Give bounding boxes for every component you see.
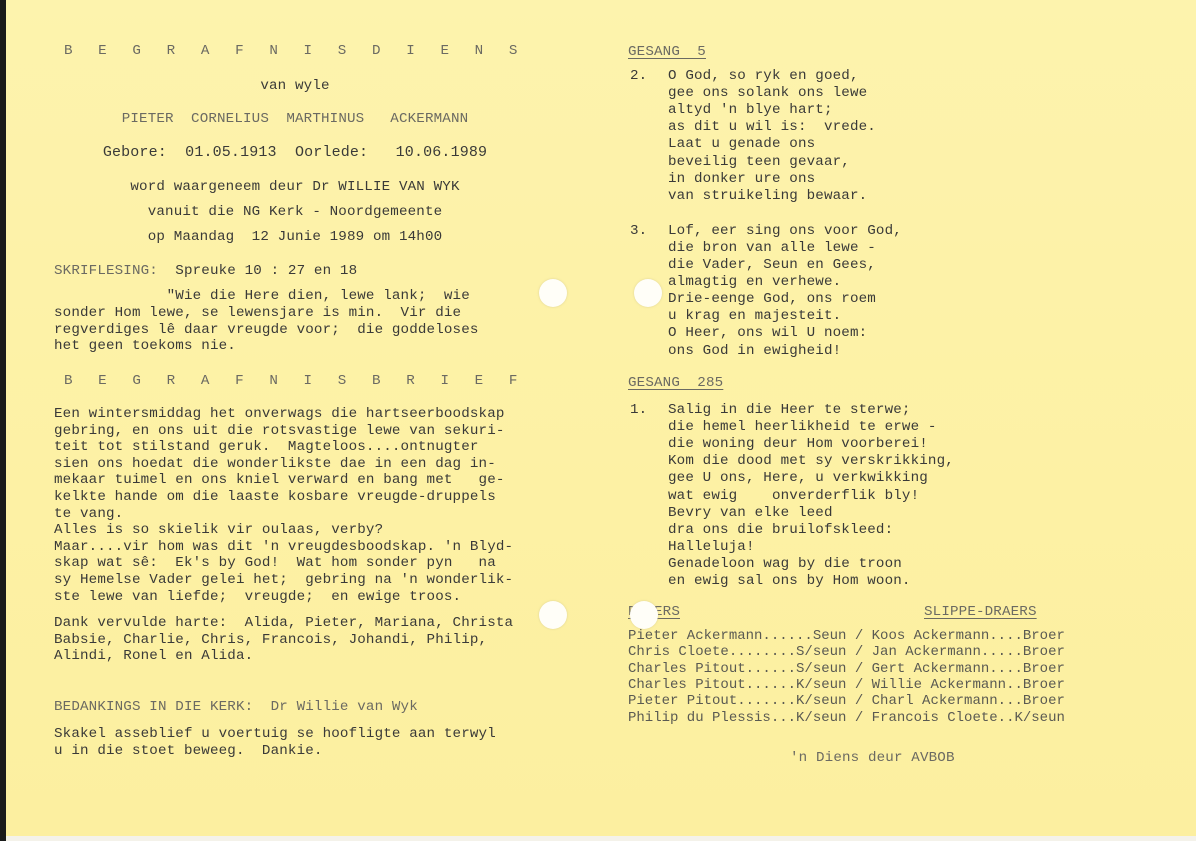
bearer-row: Chris Cloete........S/seun / Jan Ackerma… [628,644,1065,660]
verse-line: van struikeling bewaar. [668,188,867,205]
verse-line: gee U ons, Here, u verkwikking [668,470,928,487]
bearer-name: Charles Pitout......S/seun / [628,661,872,677]
text-line: u in die stoet beweeg. Dankie. [54,743,323,760]
verse-line: beveilig teen gevaar, [668,154,850,171]
slip-bearer-name: Willie Ackermann..Broer [872,677,1065,693]
slip-bearers-heading: SLIPPE-DRAERS [924,604,1037,621]
scan-bottom-edge [6,836,1196,841]
verse-line: O Heer, ons wil U noem: [668,325,867,342]
bearer-name: Pieter Pitout.......K/seun / [628,693,872,709]
text-line: Alles is so skielik vir oulaas, verby? [54,522,383,539]
verse-line: Kom die dood met sy verskrikking, [668,453,954,470]
verse-line: in donker ure ons [668,171,815,188]
text-line: Alindi, Ronel en Alida. [54,648,253,665]
bearer-name: Charles Pitout......K/seun / [628,677,872,693]
punch-hole [539,279,567,307]
bearer-row: Pieter Ackermann......Seun / Koos Ackerm… [628,628,1065,644]
punch-hole [634,279,662,307]
text-line: het geen toekoms nie. [54,338,236,355]
letter-title: B E G R A F N I S B R I E F [60,373,530,390]
verse-line: altyd 'n blye hart; [668,102,833,119]
text-line: sien ons hoedat die wonderlikste dae in … [54,456,496,473]
text-line: "Wie die Here dien, lewe lank; wie [54,288,470,305]
verse-line: O God, so ryk en goed, [668,68,859,85]
text-line: sy Hemelse Vader gelei het; gebring na '… [54,572,513,589]
text-line: teit tot stilstand geruk. Magteloos....o… [54,439,479,456]
datetime-line: op Maandag 12 Junie 1989 om 14h00 [60,229,530,246]
service-title: B E G R A F N I S D I E N S [60,43,530,60]
subtitle: van wyle [60,78,530,95]
verse-line: ons God in ewigheid! [668,343,841,360]
bearer-name: Pieter Ackermann......Seun / [628,628,872,644]
venue-line: vanuit die NG Kerk - Noordgemeente [60,204,530,221]
verse-line: Drie-eenge God, ons roem [668,291,876,308]
verse-number: 3. [630,223,647,240]
slip-bearer-name: Francois Cloete..K/seun [872,710,1065,726]
verse-line: en ewig sal ons by Hom woon. [668,573,911,590]
officiant-line: word waargeneem deur Dr WILLIE VAN WYK [60,179,530,196]
verse-line: almagtig en verhewe. [668,274,841,291]
scripture-label: SKRIFLESING: [54,263,158,279]
verse-line: gee ons solank ons lewe [668,85,867,102]
bearer-row: Charles Pitout......S/seun / Gert Ackerm… [628,661,1065,677]
verse-number: 1. [630,402,647,419]
verse-line: die Vader, Seun en Gees, [668,257,876,274]
verse-line: dra ons die bruilofskleed: [668,522,893,539]
bearer-row: Philip du Plessis...K/seun / Francois Cl… [628,710,1065,726]
text-line: mekaar tuimel en ons kniel verward en ba… [54,472,505,489]
slip-bearer-name: Gert Ackermann....Broer [872,661,1065,677]
church-thanks: BEDANKINGS IN DIE KERK: Dr Willie van Wy… [54,699,418,716]
verse-line: die hemel heerlikheid te erwe - [668,419,937,436]
text-line: skap wat sê: Ek's by God! Wat hom sonder… [54,555,496,572]
verse-line: wat ewig onverderflik bly! [668,488,919,505]
verse-line: Bevry van elke leed [668,505,833,522]
verse-line: as dit u wil is: vrede. [668,119,876,136]
text-line: te vang. [54,506,123,523]
verse-number: 2. [630,68,647,85]
bearer-name: Chris Cloete........S/seun / [628,644,872,660]
text-line: Maar....vir hom was dit 'n vreugdesboods… [54,539,513,556]
life-dates: Gebore: 01.05.1913 Oorlede: 10.06.1989 [60,145,530,162]
verse-line: Laat u genade ons [668,136,815,153]
text-line: ste lewe van liefde; vreugde; en ewige t… [54,589,461,606]
text-line: gebring, en ons uit die rotsvastige lewe… [54,423,505,440]
text-line: sonder Hom lewe, se lewensjare is min. V… [54,305,461,322]
text-line: Een wintersmiddag het onverwags die hart… [54,406,505,423]
slip-bearer-name: Koos Ackermann....Broer [872,628,1065,644]
punch-hole [539,601,567,629]
punch-hole [630,601,658,629]
footer-avbob: 'n Diens deur AVBOB [790,750,955,767]
bearer-name: Philip du Plessis...K/seun / [628,710,872,726]
text-line: regverdiges lê daar vreugde voor; die go… [54,322,479,339]
verse-line: die woning deur Hom voorberei! [668,436,928,453]
slip-bearer-name: Charl Ackermann...Broer [872,693,1065,709]
hymn-285-title: GESANG 285 [628,375,723,392]
scripture-heading: SKRIFLESING: Spreuke 10 : 27 en 18 [54,263,357,280]
text-line: Babsie, Charlie, Chris, Francois, Johand… [54,632,487,649]
hymn-5-title: GESANG 5 [628,44,706,61]
text-line: kelkte hande om die laaste kosbare vreug… [54,489,496,506]
text-line: Skakel asseblief u voertuig se hoofligte… [54,726,496,743]
bearer-row: Charles Pitout......K/seun / Willie Acke… [628,677,1065,693]
verse-line: die bron van alle lewe - [668,240,876,257]
verse-line: Lof, eer sing ons voor God, [668,223,902,240]
scripture-reference: Spreuke 10 : 27 en 18 [175,263,357,279]
text-line: Dank vervulde harte: Alida, Pieter, Mari… [54,615,513,632]
bearer-row: Pieter Pitout.......K/seun / Charl Acker… [628,693,1065,709]
slip-bearer-name: Jan Ackermann.....Broer [872,644,1065,660]
verse-line: u krag en majesteit. [668,308,841,325]
verse-line: Genadeloon wag by die troon [668,556,902,573]
verse-line: Halleluja! [668,539,755,556]
verse-line: Salig in die Heer te sterwe; [668,402,911,419]
deceased-name: PIETER CORNELIUS MARTHINUS ACKERMANN [60,111,530,128]
